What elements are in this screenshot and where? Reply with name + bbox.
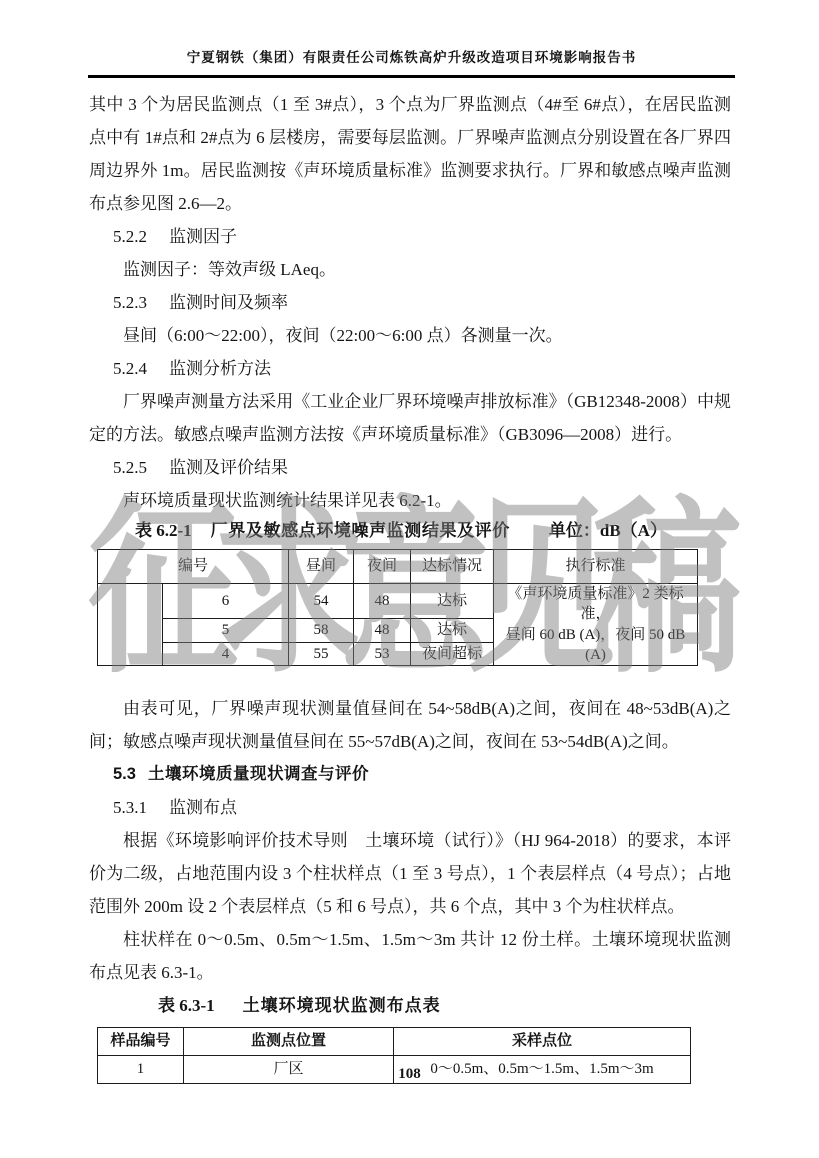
paragraph-monitor-factor: 监测因子：等效声级 LAeq。 [89,253,731,286]
col-header-location: 监测点位置 [184,1028,394,1056]
col-header-depths: 采样点位 [394,1028,691,1056]
page-number: 108 [0,1066,819,1083]
cell-day: 58 [289,618,354,642]
cell-standard: 《声环境质量标准》2 类标准， 昼间 60 dB (A)，夜间 50 dB (A… [494,584,698,666]
cell-status: 达标 [411,584,494,619]
paragraph-soil-layout: 根据《环境影响评价技术导则 土壤环境（试行）》（HJ 964-2018）的要求，… [89,824,731,923]
col-header-night: 夜间 [354,550,411,584]
section-number: 5.2.3 [113,293,147,312]
cell-status: 达标 [411,618,494,642]
col-header-standard: 执行标准 [494,550,698,584]
section-number: 5.2.2 [113,227,147,246]
empty-merged-cell [98,584,163,666]
cell-id: 5 [163,618,289,642]
table-6-3-1-caption: 表 6.3-1土壤环境现状监测布点表 [158,991,731,1021]
section-heading-5-2-2: 5.2.2监测因子 [89,220,731,253]
col-header-day: 昼间 [289,550,354,584]
table-6-2-1-caption: 表 6.2-1厂界及敏感点环境噪声监测结果及评价单位：dB（A） [135,517,731,545]
col-header-id: 编号 [98,550,289,584]
section-title: 监测及评价结果 [169,458,288,477]
table-label: 表 6.3-1 [158,996,215,1015]
document-body: 其中 3 个为居民监测点（1 至 3#点），3 个点为厂界监测点（4#至 6#点… [89,88,731,1084]
col-header-sample-id: 样品编号 [98,1028,184,1056]
page-header: 宁夏钢铁（集团）有限责任公司炼铁高炉升级改造项目环境影响报告书 [88,46,735,78]
cell-id: 6 [163,584,289,619]
cell-id: 4 [163,642,289,665]
section-heading-5-2-4: 5.2.4监测分析方法 [89,352,731,385]
paragraph-monitor-method: 厂界噪声测量方法采用《工业企业厂界环境噪声排放标准》（GB12348-2008）… [89,385,731,451]
col-header-status: 达标情况 [411,550,494,584]
section-title: 监测布点 [169,798,237,817]
cell-night: 48 [354,618,411,642]
noise-monitoring-table: 编号 昼间 夜间 达标情况 执行标准 6 54 48 达标 《声环境质量标准》2… [97,549,698,666]
section-heading-5-2-5: 5.2.5监测及评价结果 [89,451,731,484]
section-number: 5.3.1 [113,798,147,817]
table-header-row: 编号 昼间 夜间 达标情况 执行标准 [98,550,698,584]
section-heading-5-2-3: 5.2.3监测时间及频率 [89,286,731,319]
cell-night: 48 [354,584,411,619]
section-number: 5.2.5 [113,458,147,477]
section-heading-5-3-1: 5.3.1监测布点 [89,791,731,824]
section-title: 监测时间及频率 [169,293,288,312]
table-unit: 单位：dB（A） [549,521,667,540]
section-title: 监测分析方法 [169,359,271,378]
section-title: 监测因子 [169,227,237,246]
paragraph-monitor-result: 声环境质量现状监测统计结果详见表 6.2-1。 [89,484,731,517]
document-page: 宁夏钢铁（集团）有限责任公司炼铁高炉升级改造项目环境影响报告书 征求意见稿 其中… [0,0,819,1158]
cell-day: 55 [289,642,354,665]
standard-line-2: 昼间 60 dB (A)，夜间 50 dB (A) [496,625,695,666]
table-label: 表 6.2-1 [135,521,192,540]
paragraph-monitor-time: 昼间（6:00～22:00），夜间（22:00～6:00 点）各测量一次。 [89,319,731,352]
section-number: 5.3 [113,765,136,783]
standard-line-1: 《声环境质量标准》2 类标准， [496,584,695,625]
cell-night: 53 [354,642,411,665]
table-row: 6 54 48 达标 《声环境质量标准》2 类标准， 昼间 60 dB (A)，… [98,584,698,619]
table-title: 厂界及敏感点环境噪声监测结果及评价 [211,521,510,540]
section-number: 5.2.4 [113,359,147,378]
section-title: 土壤环境质量现状调查与评价 [148,765,369,783]
paragraph-soil-samples: 柱状样在 0～0.5m、0.5m～1.5m、1.5m～3m 共计 12 份土样。… [89,923,731,989]
table-title: 土壤环境现状监测布点表 [243,996,441,1015]
cell-status: 夜间超标 [411,642,494,665]
paragraph-table-discussion: 由表可见，厂界噪声现状测量值昼间在 54~58dB(A)之间，夜间在 48~53… [89,692,731,758]
cell-day: 54 [289,584,354,619]
section-heading-5-3: 5.3土壤环境质量现状调查与评价 [89,758,731,791]
paragraph-noise-points: 其中 3 个为居民监测点（1 至 3#点），3 个点为厂界监测点（4#至 6#点… [89,88,731,220]
table-header-row: 样品编号 监测点位置 采样点位 [98,1028,691,1056]
report-title: 宁夏钢铁（集团）有限责任公司炼铁高炉升级改造项目环境影响报告书 [88,46,735,66]
